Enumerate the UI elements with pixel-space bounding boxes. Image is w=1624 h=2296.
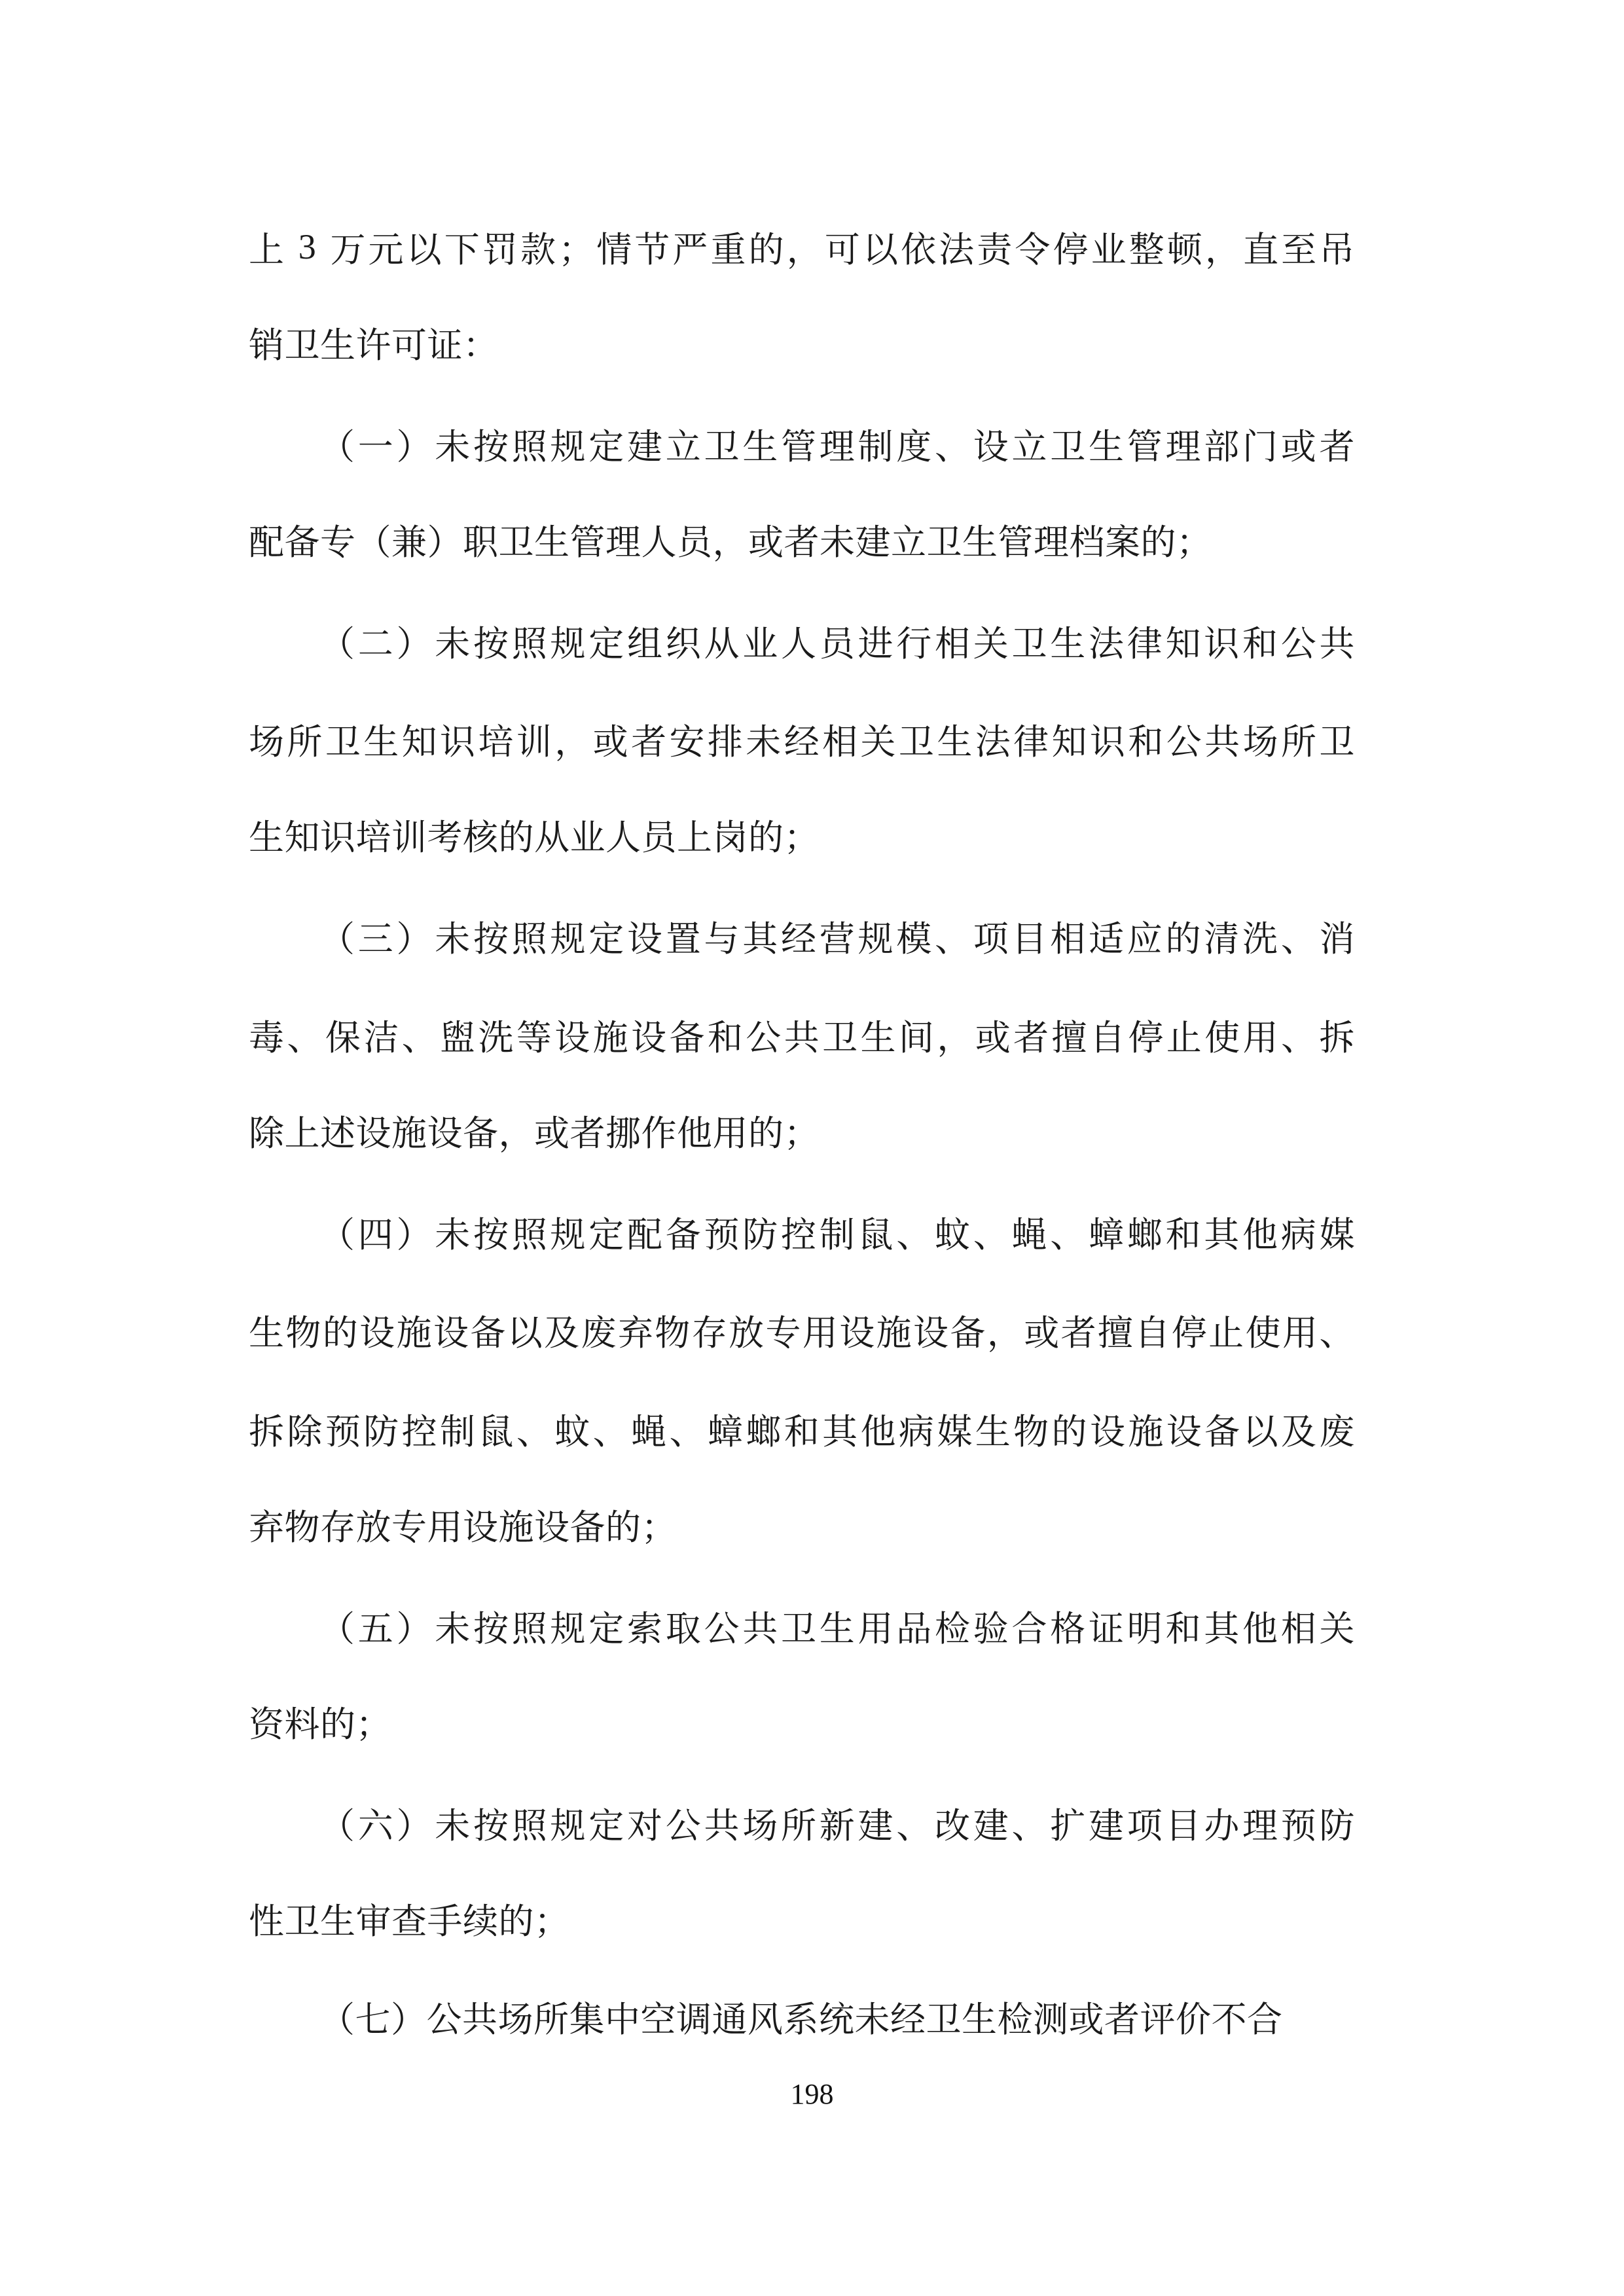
- document-page: 上 3 万元以下罚款；情节严重的，可以依法责令停业整顿，直至吊销卫生许可证：（一…: [0, 0, 1624, 2296]
- text-line: 性卫生审查手续的；: [249, 1873, 1355, 1971]
- text-line: （七）公共场所集中空调通风系统未经卫生检测或者评价不合: [249, 1971, 1355, 2070]
- text-line: 销卫生许可证：: [249, 296, 1355, 395]
- text-line: 弃物存放专用设施设备的；: [249, 1479, 1355, 1577]
- page-number: 198: [0, 2073, 1624, 2115]
- text-line: 拆除预防控制鼠、蚊、蝇、蟑螂和其他病媒生物的设施设备以及废: [249, 1380, 1355, 1479]
- text-line: （二）未按照规定组织从业人员进行相关卫生法律知识和公共: [249, 592, 1355, 691]
- text-line: 除上述设施设备，或者挪作他用的；: [249, 1085, 1355, 1183]
- text-line: 配备专（兼）职卫生管理人员，或者未建立卫生管理档案的；: [249, 493, 1355, 592]
- text-line: 资料的；: [249, 1676, 1355, 1774]
- document-body: 上 3 万元以下罚款；情节严重的，可以依法责令停业整顿，直至吊销卫生许可证：（一…: [249, 198, 1355, 2070]
- text-line: （一）未按照规定建立卫生管理制度、设立卫生管理部门或者: [249, 395, 1355, 493]
- text-line: 上 3 万元以下罚款；情节严重的，可以依法责令停业整顿，直至吊: [249, 198, 1355, 296]
- text-line: （四）未按照规定配备预防控制鼠、蚊、蝇、蟑螂和其他病媒: [249, 1183, 1355, 1282]
- text-line: （五）未按照规定索取公共卫生用品检验合格证明和其他相关: [249, 1577, 1355, 1676]
- text-line: 生知识培训考核的从业人员上岗的；: [249, 789, 1355, 888]
- text-line: （六）未按照规定对公共场所新建、改建、扩建项目办理预防: [249, 1774, 1355, 1873]
- text-line: 生物的设施设备以及废弃物存放专用设施设备，或者擅自停止使用、: [249, 1282, 1355, 1380]
- text-line: 毒、保洁、盥洗等设施设备和公共卫生间，或者擅自停止使用、拆: [249, 986, 1355, 1085]
- text-line: 场所卫生知识培训，或者安排未经相关卫生法律知识和公共场所卫: [249, 691, 1355, 789]
- text-line: （三）未按照规定设置与其经营规模、项目相适应的清洗、消: [249, 888, 1355, 986]
